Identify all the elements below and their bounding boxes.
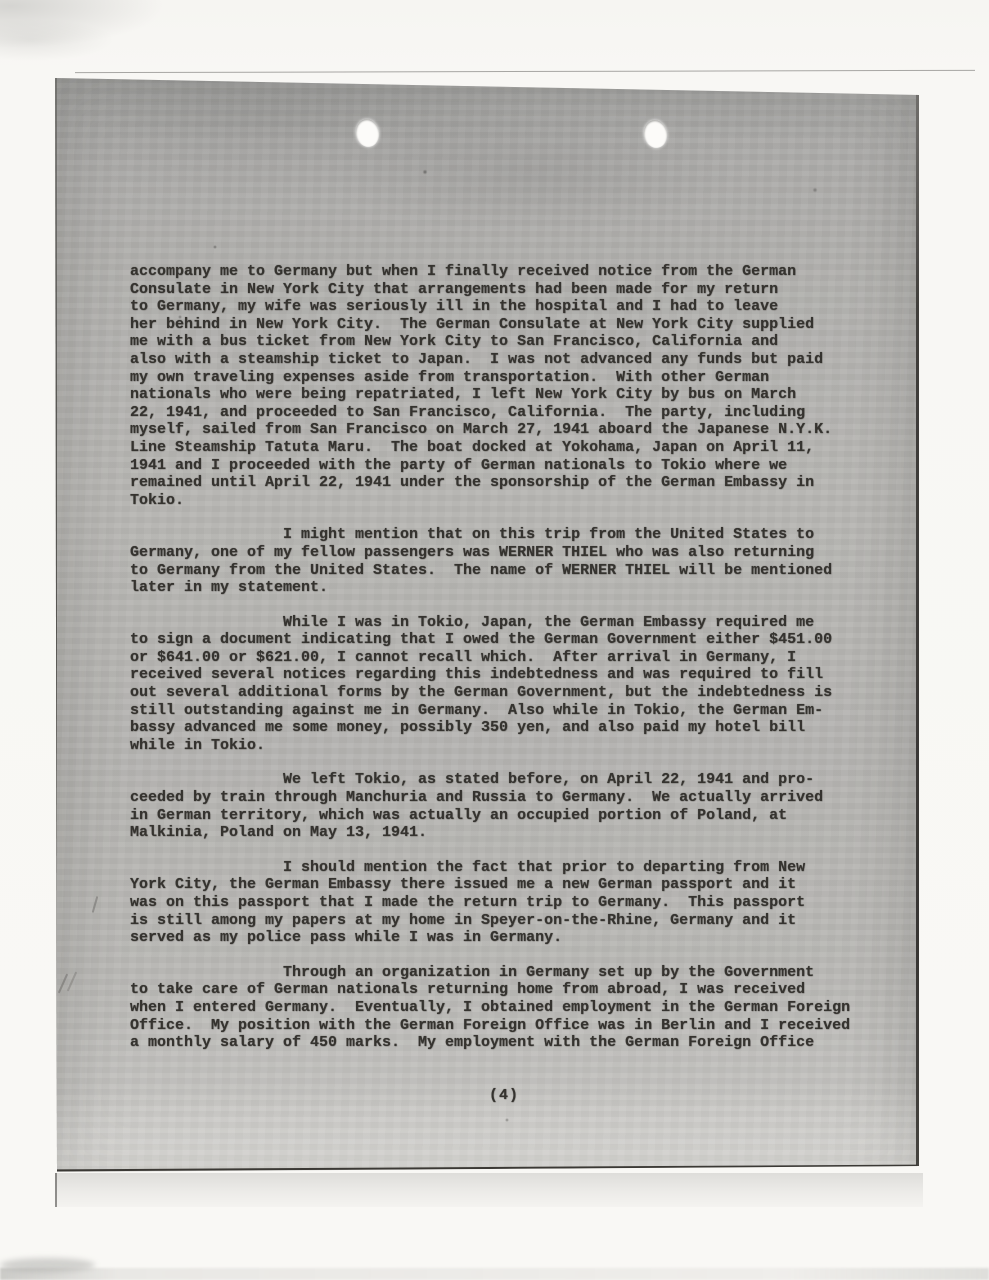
scanned-page: accompany me to Germany but when I final… xyxy=(55,72,919,1174)
next-sheet-edge xyxy=(55,1173,923,1207)
paragraph-2: I might mention that on this trip from t… xyxy=(130,526,878,596)
typewritten-text: accompany me to Germany but when I final… xyxy=(130,263,878,1104)
page-right-edge xyxy=(916,93,919,1168)
scanned-document-canvas: accompany me to Germany but when I final… xyxy=(0,0,989,1280)
scanner-edge-line xyxy=(75,70,975,73)
page-left-edge xyxy=(55,76,57,1172)
paragraph-6: Through an organization in Germany set u… xyxy=(130,964,878,1052)
paragraph-1: accompany me to Germany but when I final… xyxy=(130,263,878,509)
paragraph-5: I should mention the fact that prior to … xyxy=(130,859,878,947)
page-number: (4) xyxy=(130,1087,878,1105)
page-bottom-edge xyxy=(55,1165,917,1172)
paragraph-4: We left Tokio, as stated before, on Apri… xyxy=(130,771,878,841)
scan-artifact-band xyxy=(0,1268,989,1280)
paragraph-3: While I was in Tokio, Japan, the German … xyxy=(130,614,878,755)
